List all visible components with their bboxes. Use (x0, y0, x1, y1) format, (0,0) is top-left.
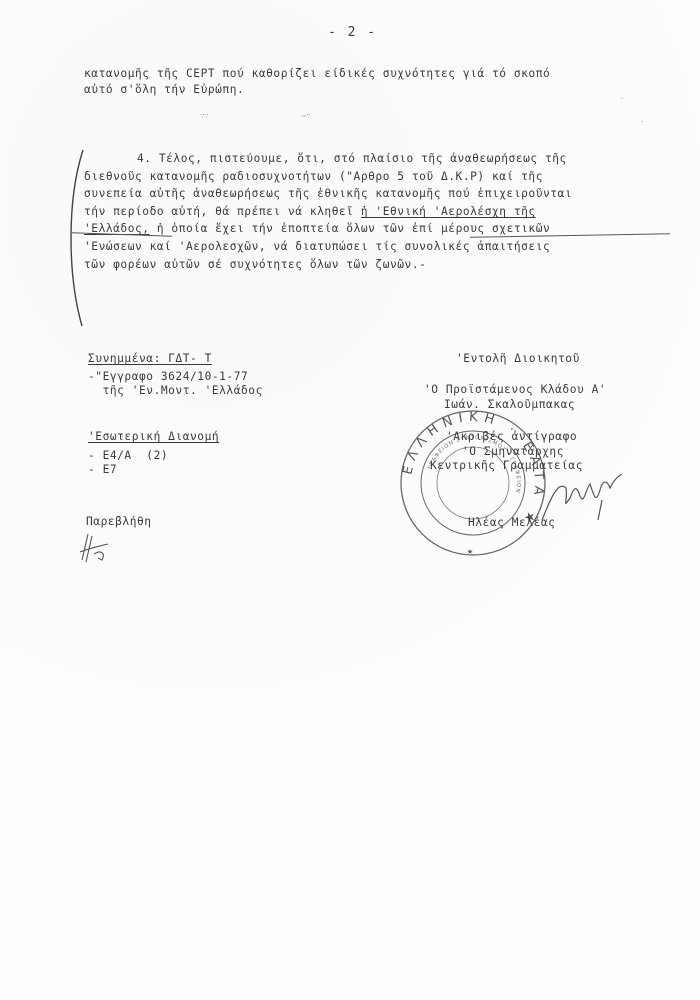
received-label: Παρεβλήθη (86, 515, 152, 529)
distribution-heading: 'Εσωτερική Διανομή (88, 430, 219, 444)
paragraph-line: 'Ελλάδος, ἡ ὁποία ἔχει τήν ἐποπτεία ὅλων… (84, 222, 550, 236)
handwritten-initials (78, 532, 113, 564)
certified-copy-line: 'Ο Σμηνατάρχης (462, 445, 564, 459)
distribution-item: - Ε4/Α (2) (88, 449, 168, 463)
distribution-item: - Ε7 (88, 463, 117, 477)
paragraph-line: διεθνοῦς κατανομῆς ραδιοσυχνοτήτων ("Αρθ… (84, 170, 543, 184)
attachment-item: -"Εγγραφο 3624/10-1-77 (88, 370, 248, 384)
paragraph-line: 4. Τέλος, πιστεύουμε, ὅτι, στό πλαίσιο τ… (137, 152, 567, 166)
underlined-phrase: ἡ 'Εθνική 'Αερολέσχη τῆς (361, 205, 536, 218)
attachments-heading: Συνημμένα: ΓΔΤ- Τ (88, 352, 212, 366)
document-page: - 2 - κατανομῆς τῆς CEPT πού καθορίζει ε… (0, 0, 700, 1000)
certified-copy-line: 'Ακριβές ἀντίγραφο (446, 430, 577, 444)
paper-speck: ⋯∵ (302, 112, 310, 120)
text-segment: τήν περίοδο αὐτή, θά πρέπει νά κληθεῖ (84, 205, 361, 218)
page-number: - 2 - (328, 26, 377, 40)
paragraph-line: τῶν φορέων αὐτῶν σέ συχνότητες ὅλων τῶν … (84, 258, 426, 272)
body-line: κατανομῆς τῆς CEPT πού καθορίζει είδικές… (84, 67, 550, 81)
order-line: 'Εντολῆ Διοικητοῦ (456, 352, 580, 366)
certifier-name: Ηλέας Μελέας (468, 516, 555, 530)
paper-speck: · (620, 95, 624, 103)
attachment-item: τῆς 'Εν.Μοντ. 'Ελλάδος (88, 384, 263, 398)
paragraph-line: τήν περίοδο αὐτή, θά πρέπει νά κληθεῖ ἡ … (84, 205, 536, 219)
paragraph-line: συνεπεία αὐτῆς ἀναθεωρήσεως τῆς ἐθνικῆς … (84, 187, 572, 201)
signatory-title: 'Ο Προϊστάμενος Κλάδου Α' (424, 383, 606, 397)
paper-speck: · (640, 118, 644, 126)
paper-speck: ∵∵ (200, 112, 208, 120)
svg-text:★: ★ (467, 546, 473, 557)
paragraph-line: 'Ενώσεων καί 'Αερολεσχῶν, νά διατυπώσει … (84, 240, 550, 254)
text-segment: ἡ ὁποία ἔχει τήν ἐποπτεία ὅλων τῶν ἐπί μ… (150, 222, 551, 235)
body-line: αὐτό σ'ὅλη τήν Εὐρώπη. (84, 83, 244, 97)
